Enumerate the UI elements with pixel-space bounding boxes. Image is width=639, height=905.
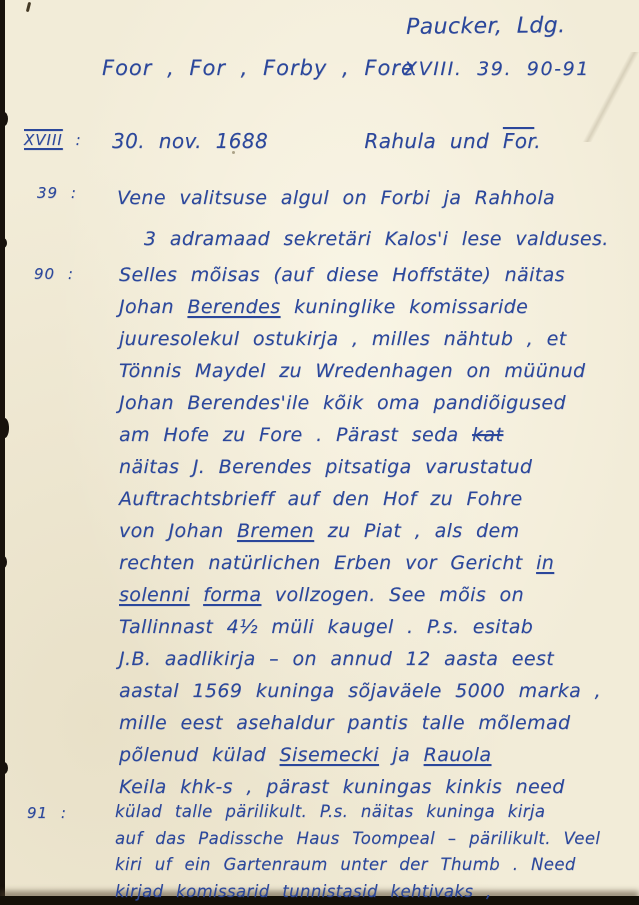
handwritten-line: J.B. aadlikirja – on annud 12 aasta eest — [119, 643, 633, 675]
handwritten-line: Tallinnast 4½ müli kaugel . P.s. esitab — [119, 611, 633, 643]
text-segment: juuresolekul ostukirja , milles nähtub ,… — [119, 328, 567, 350]
text-segment: Sisemecki — [280, 744, 379, 766]
handwritten-line: Auftrachtsbrieff auf den Hof zu Fohre — [119, 483, 633, 515]
entry-label: 91 : — [27, 804, 67, 822]
author-note: Paucker, Ldg. — [406, 13, 566, 40]
text-segment: näitas J. Berendes pitsatiga varustatud — [119, 456, 532, 478]
entry-label: XVIII : — [24, 131, 82, 149]
ink-mark — [26, 2, 31, 12]
text-segment: kuninglike komissaride — [281, 296, 529, 318]
text-segment: in — [536, 552, 554, 574]
text-segment: rechten natürlichen Erben vor Gericht — [119, 552, 536, 574]
text-segment: Tönnis Maydel zu Wredenhagen on müünud — [119, 360, 586, 382]
handwritten-line: näitas J. Berendes pitsatiga varustatud — [119, 451, 633, 483]
text-segment: kirjad komissarid tunnistasid kehtivaks … — [115, 882, 492, 901]
text-segment: vollzogen. See mõis on — [261, 584, 524, 606]
handwritten-line: Johan Berendes'ile kõik oma pandiõigused — [119, 387, 633, 419]
text-segment: 30. nov. 1688 Rahula und — [112, 129, 503, 153]
entry-label: 39 : — [37, 184, 77, 202]
text-segment: . — [534, 129, 541, 153]
entry-90: 90 : Selles mõisas (auf diese Hoffstäte)… — [0, 259, 633, 803]
text-segment: von Johan — [119, 520, 237, 542]
text-segment: 90 : — [34, 265, 74, 283]
text-segment: Johan — [119, 296, 187, 318]
text-segment: auf das Padissche Haus Toompeal – pärili… — [115, 829, 600, 848]
text-segment: : — [63, 131, 82, 149]
text-segment: mille eest asehaldur pantis talle mõlema… — [119, 712, 571, 734]
handwritten-line: 30. nov. 1688 Rahula und For. — [112, 124, 633, 158]
text-segment: Tallinnast 4½ müli kaugel . P.s. esitab — [119, 616, 533, 638]
text-segment: 39 : — [37, 184, 77, 202]
handwritten-line: Selles mõisas (auf diese Hoffstäte) näit… — [119, 259, 633, 291]
text-segment: Johan Berendes'ile kõik oma pandiõigused — [119, 392, 566, 414]
text-segment: solenni — [119, 584, 190, 606]
text-segment: am Hofe zu Fore . Pärast seda — [119, 424, 472, 446]
text-segment: Keila khk-s , pärast kuningas kinkis nee… — [119, 776, 565, 798]
text-segment: põlenud külad — [119, 744, 280, 766]
handwritten-line: juuresolekul ostukirja , milles nähtub ,… — [119, 323, 633, 355]
entry-xviii: XVIII : 30. nov. 1688 Rahula und For. — [0, 124, 633, 158]
text-segment: Berendes — [187, 296, 280, 318]
text-segment: 3 adramaad sekretäri Kalos'i lese valdus… — [117, 228, 609, 250]
text-segment: kiri uf ein Gartenraum unter der Thumb .… — [115, 855, 576, 874]
handwritten-line: von Johan Bremen zu Piat , als dem — [119, 515, 633, 547]
handwritten-line: am Hofe zu Fore . Pärast seda kat — [119, 419, 633, 451]
handwritten-line: kiri uf ein Gartenraum unter der Thumb .… — [115, 852, 633, 879]
entry-lines: Selles mõisas (auf diese Hoffstäte) näit… — [119, 259, 633, 803]
handwritten-line: auf das Padissche Haus Toompeal – pärili… — [115, 826, 633, 853]
handwritten-line: Vene valitsuse algul on Forbi ja Rahhola — [117, 178, 633, 219]
handwritten-line: kirjad komissarid tunnistasid kehtivaks … — [115, 879, 633, 905]
handwritten-line: põlenud külad Sisemecki ja Rauola — [119, 739, 633, 771]
handwritten-line: solenni forma vollzogen. See mõis on — [119, 579, 633, 611]
handwritten-line: Tönnis Maydel zu Wredenhagen on müünud — [119, 355, 633, 387]
text-segment: forma — [203, 584, 261, 606]
text-segment: Selles mõisas (auf diese Hoffstäte) näit… — [119, 264, 565, 286]
entry-lines: Vene valitsuse algul on Forbi ja Rahhola… — [117, 178, 633, 260]
entry-label: 90 : — [34, 265, 74, 283]
text-segment: ja — [379, 744, 424, 766]
text-segment: külad talle pärilikult. P.s. näitas kuni… — [115, 802, 545, 821]
handwritten-line: külad talle pärilikult. P.s. näitas kuni… — [115, 799, 633, 826]
entry-lines: külad talle pärilikult. P.s. näitas kuni… — [115, 799, 633, 905]
text-segment: Bremen — [237, 520, 314, 542]
text-segment — [190, 584, 203, 606]
text-segment: aastal 1569 kuninga sõjaväele 5000 marka… — [119, 680, 601, 702]
entry-lines: 30. nov. 1688 Rahula und For. — [112, 124, 633, 158]
text-segment: Auftrachtsbrieff auf den Hof zu Fohre — [119, 488, 523, 510]
handwritten-line: rechten natürlichen Erben vor Gericht in — [119, 547, 633, 579]
handwritten-line: 3 adramaad sekretäri Kalos'i lese valdus… — [117, 219, 633, 260]
entry-39: 39 : Vene valitsuse algul on Forbi ja Ra… — [0, 178, 633, 260]
text-segment: For — [503, 129, 534, 153]
text-segment: XVIII — [24, 131, 63, 149]
card-title-references: XVIII. 39. 90-91 — [404, 58, 590, 80]
text-segment: 91 : — [27, 804, 67, 822]
text-segment: kat — [472, 424, 503, 446]
text-segment: zu Piat , als dem — [314, 520, 519, 542]
card-title-names: Foor , For , Forby , Fore — [102, 56, 415, 80]
text-segment: J.B. aadlikirja – on annud 12 aasta eest — [119, 648, 554, 670]
entry-91: 91 : külad talle pärilikult. P.s. näitas… — [0, 799, 633, 905]
handwritten-line: mille eest asehaldur pantis talle mõlema… — [119, 707, 633, 739]
text-segment: Vene valitsuse algul on Forbi ja Rahhola — [117, 187, 555, 209]
handwritten-line: aastal 1569 kuninga sõjaväele 5000 marka… — [119, 675, 633, 707]
text-segment: Rauola — [424, 744, 492, 766]
archive-index-card: Paucker, Ldg. Foor , For , Forby , Fore … — [0, 0, 639, 905]
handwritten-line: Johan Berendes kuninglike komissaride — [119, 291, 633, 323]
